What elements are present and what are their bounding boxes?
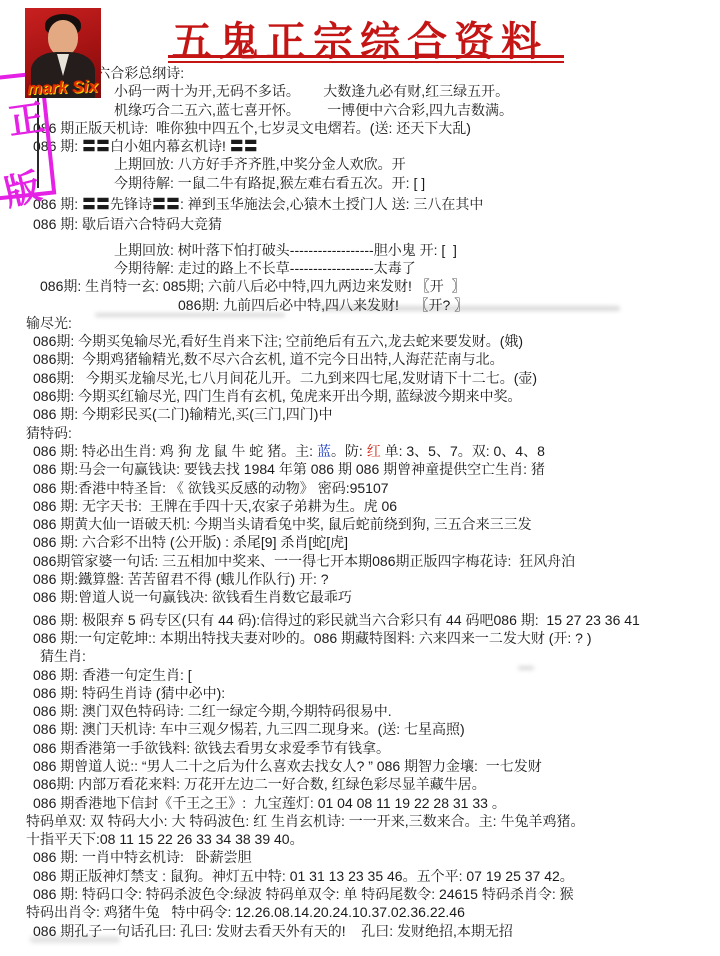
text-line: 086期 六合彩总纲诗: xyxy=(55,64,720,82)
text-line: 086 期: 〓〓先锋诗〓〓: 禅到玉华施法会,心猿木土授门人 送: 三八在其中 xyxy=(33,195,720,213)
badge-char-zheng: 正 xyxy=(5,90,48,146)
text-line: 机缘巧合二五六,蓝七喜开怀。 一博便中六合彩,四九吉数满。 xyxy=(114,101,720,119)
text-line: 特码单双: 双 特码大小: 大 特码波色: 红 生肖玄机诗: 一一开来,三数来合… xyxy=(26,812,720,830)
text-line: 086期管家婆一句话: 三五相加中奖来、一一得七开本期086期正版四字梅花诗: … xyxy=(33,552,720,570)
text-line: 上期回放: 树叶落下怕打破头------------------胆小鬼 开: [… xyxy=(114,241,720,259)
text-line: 086 期: 〓〓白小姐内幕玄机诗! 〓〓 xyxy=(33,137,720,155)
text-line: 小码一两十为开,无码不多话。 大数逢九必有财,红三绿五开。 xyxy=(114,82,720,100)
content-lines: 086期 六合彩总纲诗:小码一两十为开,无码不多话。 大数逢九必有财,红三绿五开… xyxy=(0,64,720,940)
text-line: 十指平天下:08 11 15 22 26 33 34 38 39 40。 xyxy=(26,830,720,848)
text-line: 086期: 今期买红输尽光, 四门生肖有玄机, 兔虎来开出今期, 蓝绿波今期来中… xyxy=(33,387,720,405)
text-line: 086期: 今期鸡猪输精光,数不尽六合玄机, 道不完今日出特,人海茫茫南与北。 xyxy=(33,350,720,368)
text-line: 今期待解: 一鼠二牛有路捉,猴左难右看五次。开: [ ] xyxy=(114,174,720,192)
text-line: 上期回放: 八方好手齐齐胜,中奖分金人欢欣。开 xyxy=(114,155,720,173)
text-line: 086 期: 特码生肖诗 (猜中必中): xyxy=(33,684,720,702)
colored-text: 红 xyxy=(367,443,381,459)
text-line: 086 期:鐵算盤: 苦苦留君不得 (蛾儿作队行) 开: ? xyxy=(33,570,720,588)
text-line: 086 期: 歇后语六合特码大竞猜 xyxy=(33,215,720,233)
title-underline xyxy=(168,55,564,63)
text-line: 086 期: 极限弃 5 码专区(只有 44 码):信得过的彩民就当六合彩只有 … xyxy=(33,611,720,629)
lottery-info-sheet: 五鬼正宗综合资料 mark Six 正 版 086期 六合彩总纲诗:小码一两十为… xyxy=(0,0,720,956)
portrait-face xyxy=(48,20,78,56)
colored-text: 蓝 xyxy=(317,443,331,459)
text-line: 086 期香港地下信封《千王之王》: 九宝莲灯: 01 04 08 11 19 … xyxy=(33,794,720,812)
text-line: 086 期香港第一手欲钱料: 欲钱去看男女求爱季节有钱拿。 xyxy=(33,739,720,757)
text-line: 086期: 今期买龙输尽光,七八月间花儿开。二九到来四七尾,发财请下十二七。(壶… xyxy=(33,369,720,387)
text-line: 086 期:曾道人说一句赢钱决: 欲钱看生肖数它最乖巧 xyxy=(33,588,720,606)
text-line: 086 期:香港中特圣旨: 《 欲钱买反感的动物》 密码:95107 xyxy=(33,479,720,497)
text-line: 086 期黄大仙一语破天机: 今期当头请看兔中奖, 鼠后蛇前绕到狗, 三五合来三… xyxy=(33,515,720,533)
text-line: 086期: 九前四后必中特,四八来发财! 〖开? 〗 xyxy=(178,296,720,314)
text-line: 086期: 生肖特一玄: 085期; 六前八后必中特,四九两边来发财! 〖开 〗 xyxy=(40,277,720,295)
text-line: 086 期:一句定乾坤:: 本期出特找夫妻对吵的。086 期藏特图料: 六来四来… xyxy=(33,629,720,647)
plain-text: 。防: xyxy=(331,443,367,459)
text-line: 086期: 今期买兔输尽光,看好生肖来下注; 空前绝后有五六,龙去蛇来要发财。(… xyxy=(33,332,720,350)
text-line: 086 期: 一肖中特玄机诗: 卧薪尝胆 xyxy=(33,848,720,866)
text-line: 输尽光: xyxy=(26,314,720,332)
text-line: 086期: 内部万看花来料: 万花开左边二一好合数, 红绿色彩尽显羊藏牛居。 xyxy=(33,775,720,793)
text-line: 猜生肖: xyxy=(40,647,720,665)
plain-text: 086 期: 特必出生肖: 鸡 狗 龙 鼠 牛 蛇 猪。主: xyxy=(33,443,317,459)
text-line: 086 期: 特码口令: 特码杀波色令:绿波 特码单双令: 单 特码尾数令: 2… xyxy=(33,885,720,903)
text-line: 今期待解: 走过的路上不长草------------------太毒了 xyxy=(114,259,720,277)
text-line: 086 期: 今期彩民买(二门)输精光,买(三门,四门)中 xyxy=(33,405,720,423)
text-line: 特码出肖令: 鸡猪牛兔 特中码令: 12.26.08.14.20.24.10.3… xyxy=(26,903,720,921)
text-line: 086 期孔子一句话孔曰: 孔曰: 发财去看天外有天的! 孔曰: 发财绝招,本期… xyxy=(33,922,720,940)
text-line: 086 期: 香港一句定生肖: [ xyxy=(33,666,720,684)
text-line: 猜特码: xyxy=(26,424,720,442)
text-line: 086 期: 六合彩不出特 (公开版) : 杀尾[9] 杀肖[蛇[虎] xyxy=(33,533,720,551)
text-line: 086 期: 澳门双色特码诗: 二红一绿定今期,今期特码很易中. xyxy=(33,702,720,720)
text-line: 086 期: 无字天书: 王牌在手四十天,农家子弟耕为生。虎 06 xyxy=(33,497,720,515)
text-line: 086 期: 特必出生肖: 鸡 狗 龙 鼠 牛 蛇 猪。主: 蓝。防: 红 单:… xyxy=(33,442,720,460)
text-line: 086 期正版神灯禁支 : 鼠狗。神灯五中特: 01 31 13 23 35 4… xyxy=(33,867,720,885)
text-line: 086 期曾道人说:: “男人二十之后为什么喜欢去找女人? ” 086 期智力金… xyxy=(33,757,720,775)
text-line: 086 期:马会一句赢钱诀: 要钱去找 1984 年第 086 期 086 期曾… xyxy=(33,460,720,478)
plain-text: 单: 3、5、7。双: 0、4、8 xyxy=(381,443,545,459)
text-line: 086 期: 澳门天机诗: 车中三观夕惕若, 九三四二现身来。(送: 七星高照) xyxy=(33,720,720,738)
text-line: 086 期正版天机诗: 唯你独中四五个,七岁灵文电熠若。(送: 还天下大乱) xyxy=(33,119,720,137)
